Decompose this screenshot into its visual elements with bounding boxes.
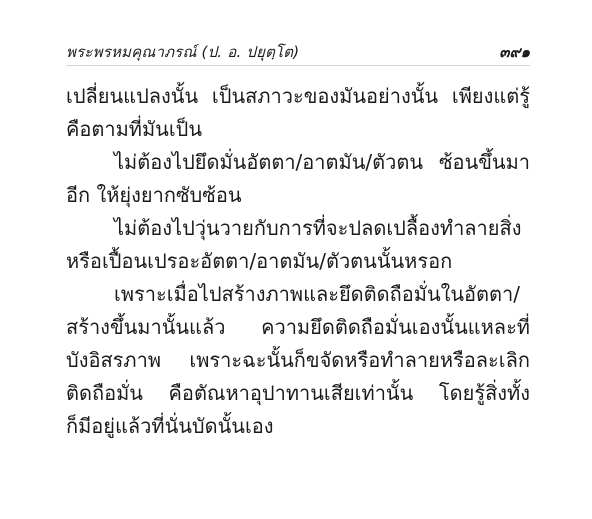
- body-text: เปลี่ยนแปลงนั้น เป็นสภาวะของมันอย่างนั้น…: [66, 80, 530, 443]
- page-content: พระพรหมคุณาภรณ์ (ป. อ. ปยุตฺโต) ๓๙๑ เปลี…: [66, 42, 530, 443]
- body-line: บังอิสรภาพ เพราะฉะนั้นก็ขจัดหรือทำลายหรื…: [66, 344, 530, 377]
- body-line: คือตามที่มันเป็น: [66, 113, 530, 146]
- body-line: เพราะเมื่อไปสร้างภาพและยึดติดถือมั่นในอั…: [66, 278, 530, 311]
- book-page: พระพรหมคุณาภรณ์ (ป. อ. ปยุตฺโต) ๓๙๑ เปลี…: [0, 0, 592, 519]
- body-line: ก็มีอยู่แล้วที่นั่นบัดนั้นเอง: [66, 410, 530, 443]
- body-line: ไม่ต้องไปวุ่นวายกับการที่จะปลดเปลื้องทำล…: [66, 212, 530, 245]
- running-header: พระพรหมคุณาภรณ์ (ป. อ. ปยุตฺโต) ๓๙๑: [66, 42, 530, 66]
- body-line: หรือเปื้อนเปรอะอัตตา/อาตมัน/ตัวตนนั้นหรอ…: [66, 245, 530, 278]
- body-line: ติดถือมั่น คือตัณหาอุปาทานเสียเท่านั้น โ…: [66, 377, 530, 410]
- body-line: สร้างขึ้นมานั้นแล้ว ความยึดติดถือมั่นเอง…: [66, 311, 530, 344]
- page-number: ๓๙๑: [499, 42, 530, 62]
- body-line: เปลี่ยนแปลงนั้น เป็นสภาวะของมันอย่างนั้น…: [66, 80, 530, 113]
- body-line: อีก ให้ยุ่งยากซับซ้อน: [66, 179, 530, 212]
- body-line: ไม่ต้องไปยึดมั่นอัตตา/อาตมัน/ตัวตน ซ้อนข…: [66, 146, 530, 179]
- running-header-title: พระพรหมคุณาภรณ์ (ป. อ. ปยุตฺโต): [66, 42, 299, 62]
